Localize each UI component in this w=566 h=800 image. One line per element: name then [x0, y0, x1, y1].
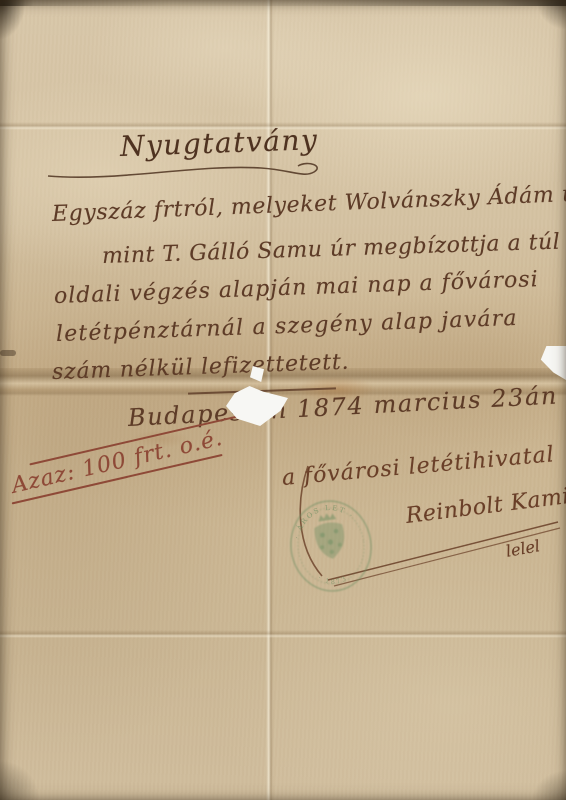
scan-edge-top	[0, 0, 566, 6]
horizontal-fold-crease-bottom	[0, 630, 566, 638]
title-underline-flourish	[46, 146, 346, 186]
official-stamp: · ÁROS LET · · 1873 ·	[279, 490, 382, 602]
stamp-coat-of-arms	[312, 511, 347, 561]
scanned-receipt-document: Nyugtatvány Egyszáz frtról, melyeket Wol…	[0, 0, 566, 800]
scan-edge-notch	[0, 350, 16, 356]
